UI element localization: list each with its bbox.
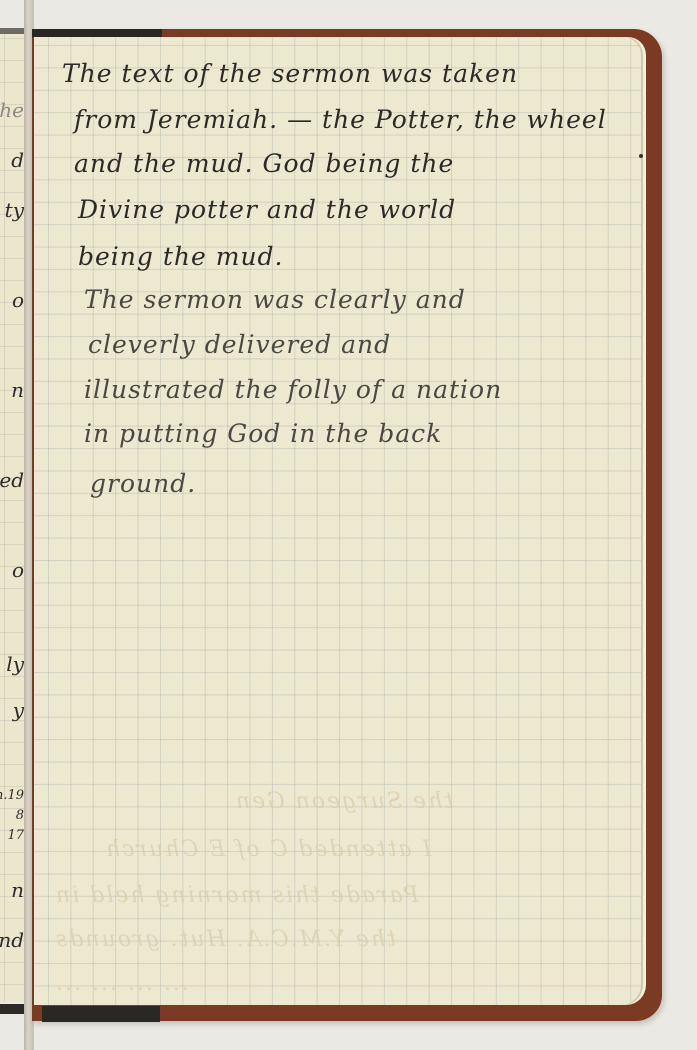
bleed-through-text: the Y.M.C.A. Hut. grounds (54, 927, 396, 952)
left-fragment: 17 (7, 828, 24, 843)
left-fragment: 8 (16, 808, 24, 823)
left-fragment: ty (5, 198, 24, 222)
handwritten-line: from Jeremiah. — the Potter, the wheel (74, 105, 607, 134)
handwritten-line: being the mud. (78, 242, 284, 271)
left-cover-top-edge (0, 28, 26, 34)
bleed-through-text: the Surgeon Gen (234, 789, 453, 814)
handwritten-line: and the mud. God being the (74, 149, 454, 178)
left-fragment: d (11, 148, 24, 172)
bleed-through-text: Parade this morning held in (54, 883, 419, 908)
ink-dot (639, 154, 643, 158)
handwritten-line: in putting God in the back (84, 419, 442, 448)
left-fragment: o (12, 288, 24, 312)
handwritten-line: The text of the sermon was taken (62, 59, 518, 88)
left-fragment: n (11, 378, 24, 402)
cover-spine-bottom (42, 1006, 160, 1022)
handwritten-line: The sermon was clearly and (84, 285, 466, 314)
cover-spine-top (32, 29, 162, 37)
handwritten-line: illustrated the folly of a nation (84, 375, 502, 404)
left-fragment: o (12, 558, 24, 582)
notebook-page: The text of the sermon was taken from Je… (34, 37, 646, 1005)
left-fragment: ly (6, 652, 24, 676)
bleed-through-text: ... ... ... ... (54, 971, 189, 996)
handwritten-line: ground. (90, 469, 196, 498)
left-fragment: n (11, 878, 24, 902)
left-fragment: n.19 (0, 788, 24, 803)
handwritten-line: cleverly delivered and (88, 330, 391, 359)
bleed-through-text: I attended C of E Church (104, 837, 431, 862)
left-fragment: the (0, 98, 24, 122)
left-fragment: y (13, 698, 24, 722)
handwritten-line: Divine potter and the world (78, 195, 456, 224)
left-fragment: ed (0, 468, 24, 492)
left-fragment: nd (0, 928, 24, 952)
left-page-strip: the d ty o n ed o ly y n.19 8 17 n nd (0, 32, 26, 1002)
